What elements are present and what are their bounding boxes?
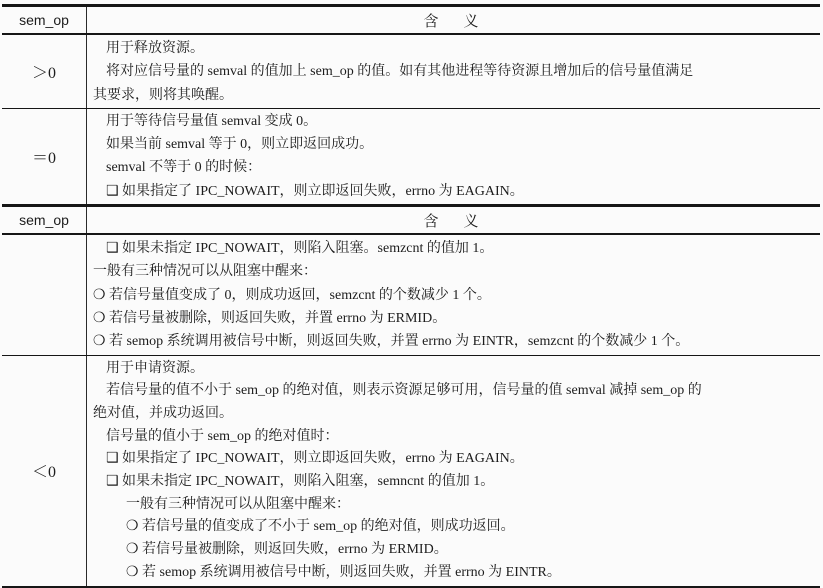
row-line: semval 不等于 0 的时候： [93,156,814,179]
row-line: 用于申请资源。 [93,358,814,381]
row-label: ＞0 [2,35,87,108]
row-line: ❍ 若信号量值变成了 0，则成功返回，semzcnt 的个数减少 1 个。 [93,284,814,307]
semop-meaning-table: sem_op 含 义 ＞0 用于释放资源。 将对应信号量的 semval 的值加… [2,4,820,588]
row-line: ❑ 如果未指定 IPC_NOWAIT，则陷入阻塞。semzcnt 的值加 1。 [93,237,814,260]
row-content: 用于释放资源。 将对应信号量的 semval 的值加上 sem_op 的值。如有… [87,35,820,108]
row-line: ❍ 若 semop 系统调用被信号中断，则返回失败，并置 errno 为 EIN… [93,330,814,353]
row-line: ❑ 如果未指定 IPC_NOWAIT，则陷入阻塞，semncnt 的值加 1。 [93,471,814,494]
row-eq0: ＝0 用于等待信号量值 semval 变成 0。 如果当前 semval 等于 … [2,109,820,204]
row-line: 其要求，则将其唤醒。 [93,84,814,107]
row-line: 用于等待信号量值 semval 变成 0。 [93,110,814,133]
row-line: 一般有三种情况可以从阻塞中醒来： [93,260,814,283]
row-line: 用于释放资源。 [93,37,814,60]
row-line: 信号量的值小于 sem_op 的绝对值时： [93,426,814,449]
row-gt0: ＞0 用于释放资源。 将对应信号量的 semval 的值加上 sem_op 的值… [2,35,820,108]
row-content: 用于申请资源。 若信号量的值不小于 sem_op 的绝对值，则表示资源足够可用，… [87,356,820,586]
col-header-meaning: 含 义 [87,7,820,33]
col-header-meaning: 含 义 [87,207,820,233]
row-line: 绝对值，并成功返回。 [93,403,814,426]
row-line: 将对应信号量的 semval 的值加上 sem_op 的值。如有其他进程等待资源… [93,60,814,83]
row-line: 若信号量的值不小于 sem_op 的绝对值，则表示资源足够可用，信号量的值 se… [93,380,814,403]
row-content: 用于等待信号量值 semval 变成 0。 如果当前 semval 等于 0，则… [87,109,820,204]
row-line: ❍ 若 semop 系统调用被信号中断，则返回失败，并置 errno 为 EIN… [93,562,814,585]
row-line: 一般有三种情况可以从阻塞中醒来： [93,494,814,517]
row-line: ❍ 若信号量的值变成了不小于 sem_op 的绝对值，则成功返回。 [93,516,814,539]
row-content: ❑ 如果未指定 IPC_NOWAIT，则陷入阻塞。semzcnt 的值加 1。 … [87,235,820,354]
row-line: ❑ 如果指定了 IPC_NOWAIT，则立即返回失败，errno 为 EAGAI… [93,180,814,203]
row-line: ❍ 若信号量被删除，则返回失败，errno 为 ERMID。 [93,539,814,562]
row-lt0: ＜0 用于申请资源。 若信号量的值不小于 sem_op 的绝对值，则表示资源足够… [2,356,820,586]
row-label [2,235,87,354]
table-header-repeat-row: sem_op 含 义 [2,207,820,233]
row-label: ＜0 [2,356,87,586]
row-line: ❑ 如果指定了 IPC_NOWAIT，则立即返回失败，errno 为 EAGAI… [93,448,814,471]
col-header-semop: sem_op [2,7,87,33]
table-header-row: sem_op 含 义 [2,7,820,33]
row-line: ❍ 若信号量被删除，则返回失败，并置 errno 为 ERMID。 [93,307,814,330]
row-label: ＝0 [2,109,87,204]
row-line: 如果当前 semval 等于 0，则立即返回成功。 [93,133,814,156]
row-eq0-continued: ❑ 如果未指定 IPC_NOWAIT，则陷入阻塞。semzcnt 的值加 1。 … [2,235,820,354]
col-header-semop: sem_op [2,207,87,233]
